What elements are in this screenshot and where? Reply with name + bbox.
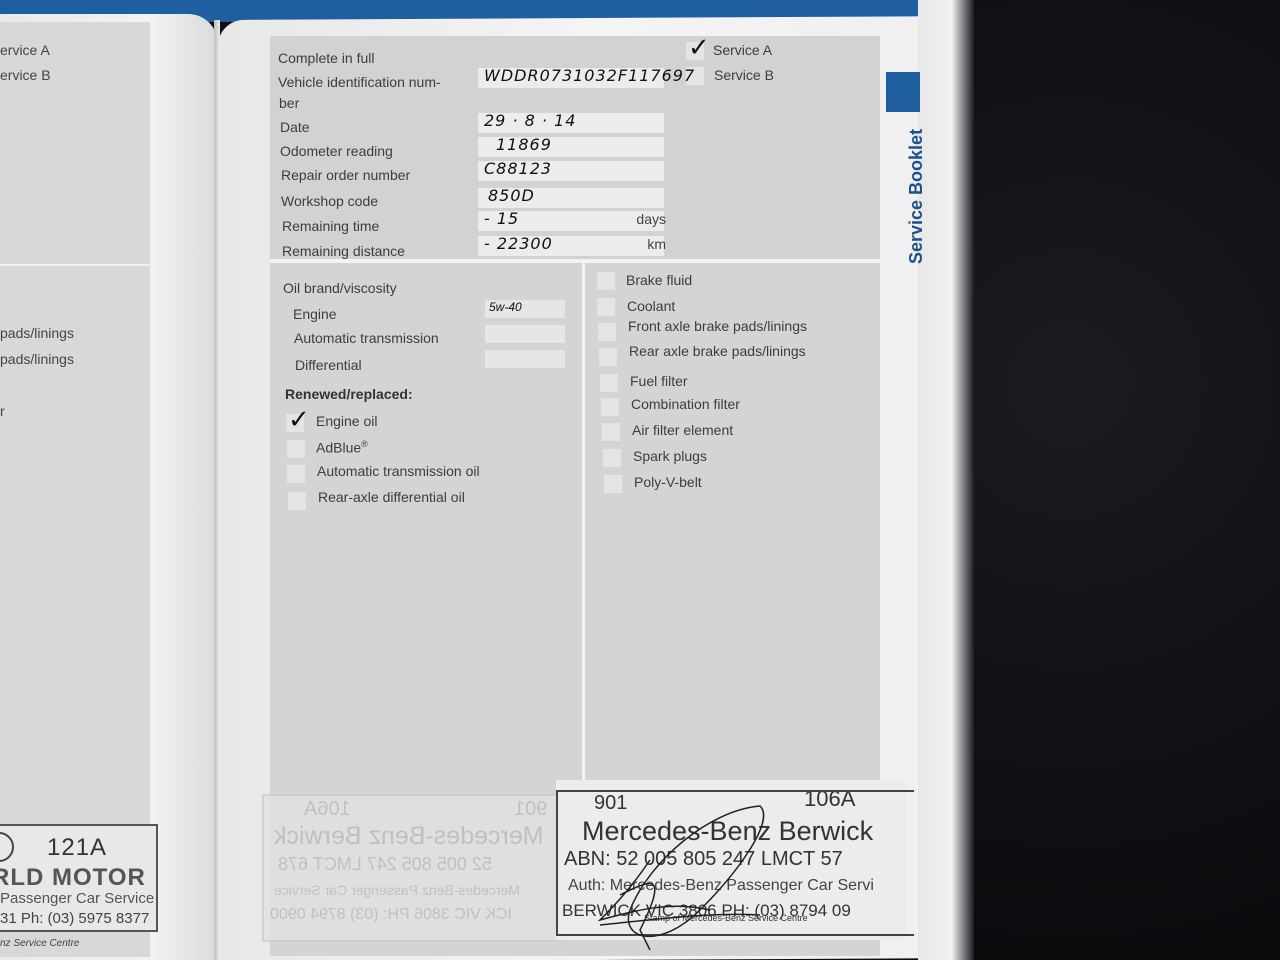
remaining-distance-field[interactable]: - 22300km	[478, 236, 664, 256]
service-b-label: Service B	[714, 67, 774, 83]
air-filter-label: Air filter element	[632, 422, 733, 438]
odometer-field[interactable]: 11869	[478, 137, 664, 157]
spine-title: Service Booklet	[906, 129, 927, 264]
bleed-through-stamp: 106A 901 Mercedes-Benz Berwick 52 005 80…	[262, 794, 566, 942]
vin-label-cont: ber	[279, 95, 299, 111]
odometer-label: Odometer reading	[280, 143, 393, 159]
renewed-title: Renewed/replaced:	[285, 386, 413, 402]
remaining-time-label: Remaining time	[282, 218, 379, 234]
combination-filter-label: Combination filter	[631, 396, 740, 412]
ghost-address: ICK VIC 3806 PH: (03) 8794 0900	[270, 906, 512, 924]
rear-diff-oil-checkbox[interactable]	[288, 492, 306, 510]
ghost-name: Mercedes-Benz Berwick	[274, 822, 544, 851]
km-unit: km	[647, 236, 666, 252]
poly-v-belt-checkbox[interactable]	[604, 475, 622, 493]
date-label: Date	[280, 119, 310, 135]
photo-scene: ervice A ervice B pads/linings pads/lini…	[0, 0, 1280, 960]
remaining-distance-label: Remaining distance	[282, 243, 405, 259]
workshop-code-field[interactable]: 850D	[478, 188, 664, 208]
left-stamp-line2: 31 Ph: (03) 5975 8377	[0, 910, 149, 927]
rear-pads-checkbox[interactable]	[599, 348, 617, 366]
remaining-distance-value: - 22300	[484, 234, 553, 253]
auto-trans-oil-label: Automatic transmission oil	[317, 463, 480, 479]
dark-background	[930, 0, 1280, 960]
left-front-pads: pads/linings	[0, 325, 74, 341]
engine-oil-label: Engine oil	[316, 413, 378, 429]
repair-order-label: Repair order number	[281, 167, 410, 183]
date-field[interactable]: 29 · 8 · 14	[478, 113, 664, 133]
column-divider	[582, 263, 585, 793]
registered-mark: ®	[361, 439, 368, 449]
front-pads-checkbox[interactable]	[598, 323, 616, 341]
left-form-panel	[0, 22, 150, 957]
ghost-code: 106A	[304, 798, 351, 821]
oil-transmission-field[interactable]	[485, 325, 565, 343]
spark-plugs-label: Spark plugs	[633, 448, 707, 464]
remaining-time-field[interactable]: - 15days	[478, 211, 664, 231]
left-rear-pads: pads/linings	[0, 351, 74, 367]
fuel-filter-checkbox[interactable]	[600, 374, 618, 392]
repair-order-field[interactable]: C88123	[478, 161, 664, 181]
vin-label: Vehicle identification num-	[278, 74, 441, 90]
left-stamp-code: 121A	[47, 834, 107, 862]
coolant-checkbox[interactable]	[597, 298, 615, 316]
ghost-auth: Mercedes-Benz Passenger Car Service	[274, 882, 520, 898]
oil-differential-field[interactable]	[485, 350, 565, 368]
brake-fluid-label: Brake fluid	[626, 272, 692, 288]
left-stamp-line1: Passenger Car Service	[0, 890, 154, 907]
workshop-code-label: Workshop code	[281, 193, 378, 209]
auto-trans-oil-checkbox[interactable]	[287, 465, 305, 483]
spark-plugs-checkbox[interactable]	[603, 449, 621, 467]
complete-in-full-label: Complete in full	[278, 50, 375, 66]
left-dealer-stamp: 121A RLD MOTOR Passenger Car Service 31 …	[0, 824, 158, 932]
front-pads-label: Front axle brake pads/linings	[628, 318, 807, 334]
left-service-a: ervice A	[0, 42, 50, 58]
days-unit: days	[636, 211, 666, 227]
left-service-b: ervice B	[0, 67, 51, 83]
blue-tab-marker	[886, 72, 920, 112]
left-divider	[0, 264, 150, 266]
checkmark-icon: ✓	[688, 34, 710, 60]
repair-order-value: C88123	[484, 159, 552, 178]
oil-section-title: Oil brand/viscosity	[283, 280, 397, 296]
rear-diff-oil-label: Rear-axle differential oil	[318, 489, 465, 505]
service-a-label: Service A	[713, 42, 772, 58]
date-value: 29 · 8 · 14	[484, 111, 576, 130]
air-filter-checkbox[interactable]	[602, 423, 620, 441]
adblue-label: AdBlue®	[316, 439, 368, 456]
remaining-time-value: - 15	[484, 209, 519, 228]
brake-fluid-checkbox[interactable]	[597, 272, 615, 290]
workshop-code-value: 850D	[488, 186, 535, 205]
left-stamp-name: RLD MOTOR	[0, 864, 146, 892]
vin-field[interactable]: WDDR0731032F117697	[478, 68, 664, 88]
left-fragment: r	[0, 403, 5, 419]
signature-icon	[590, 800, 800, 960]
combination-filter-checkbox[interactable]	[601, 398, 619, 416]
adblue-text: AdBlue	[316, 440, 361, 456]
coolant-label: Coolant	[627, 298, 675, 314]
poly-v-belt-label: Poly-V-belt	[634, 474, 702, 490]
fuel-filter-label: Fuel filter	[630, 373, 688, 389]
form-divider	[270, 259, 882, 263]
oil-engine-value: 5w-40	[489, 300, 522, 314]
oil-transmission-label: Automatic transmission	[294, 330, 439, 346]
oil-engine-label: Engine	[293, 306, 337, 322]
adblue-checkbox[interactable]	[287, 440, 305, 458]
rear-pads-label: Rear axle brake pads/linings	[629, 343, 806, 359]
odometer-value: 11869	[496, 135, 552, 154]
vin-value: WDDR0731032F117697	[484, 66, 695, 85]
ghost-abn: 52 005 805 247 LMCT 678	[278, 854, 492, 875]
checkmark-icon: ✓	[288, 406, 310, 432]
left-stamp-footer: nz Service Centre	[0, 938, 79, 949]
oil-differential-label: Differential	[295, 357, 362, 373]
ghost-no: 901	[514, 798, 547, 821]
oil-engine-field[interactable]: 5w-40	[485, 300, 565, 318]
